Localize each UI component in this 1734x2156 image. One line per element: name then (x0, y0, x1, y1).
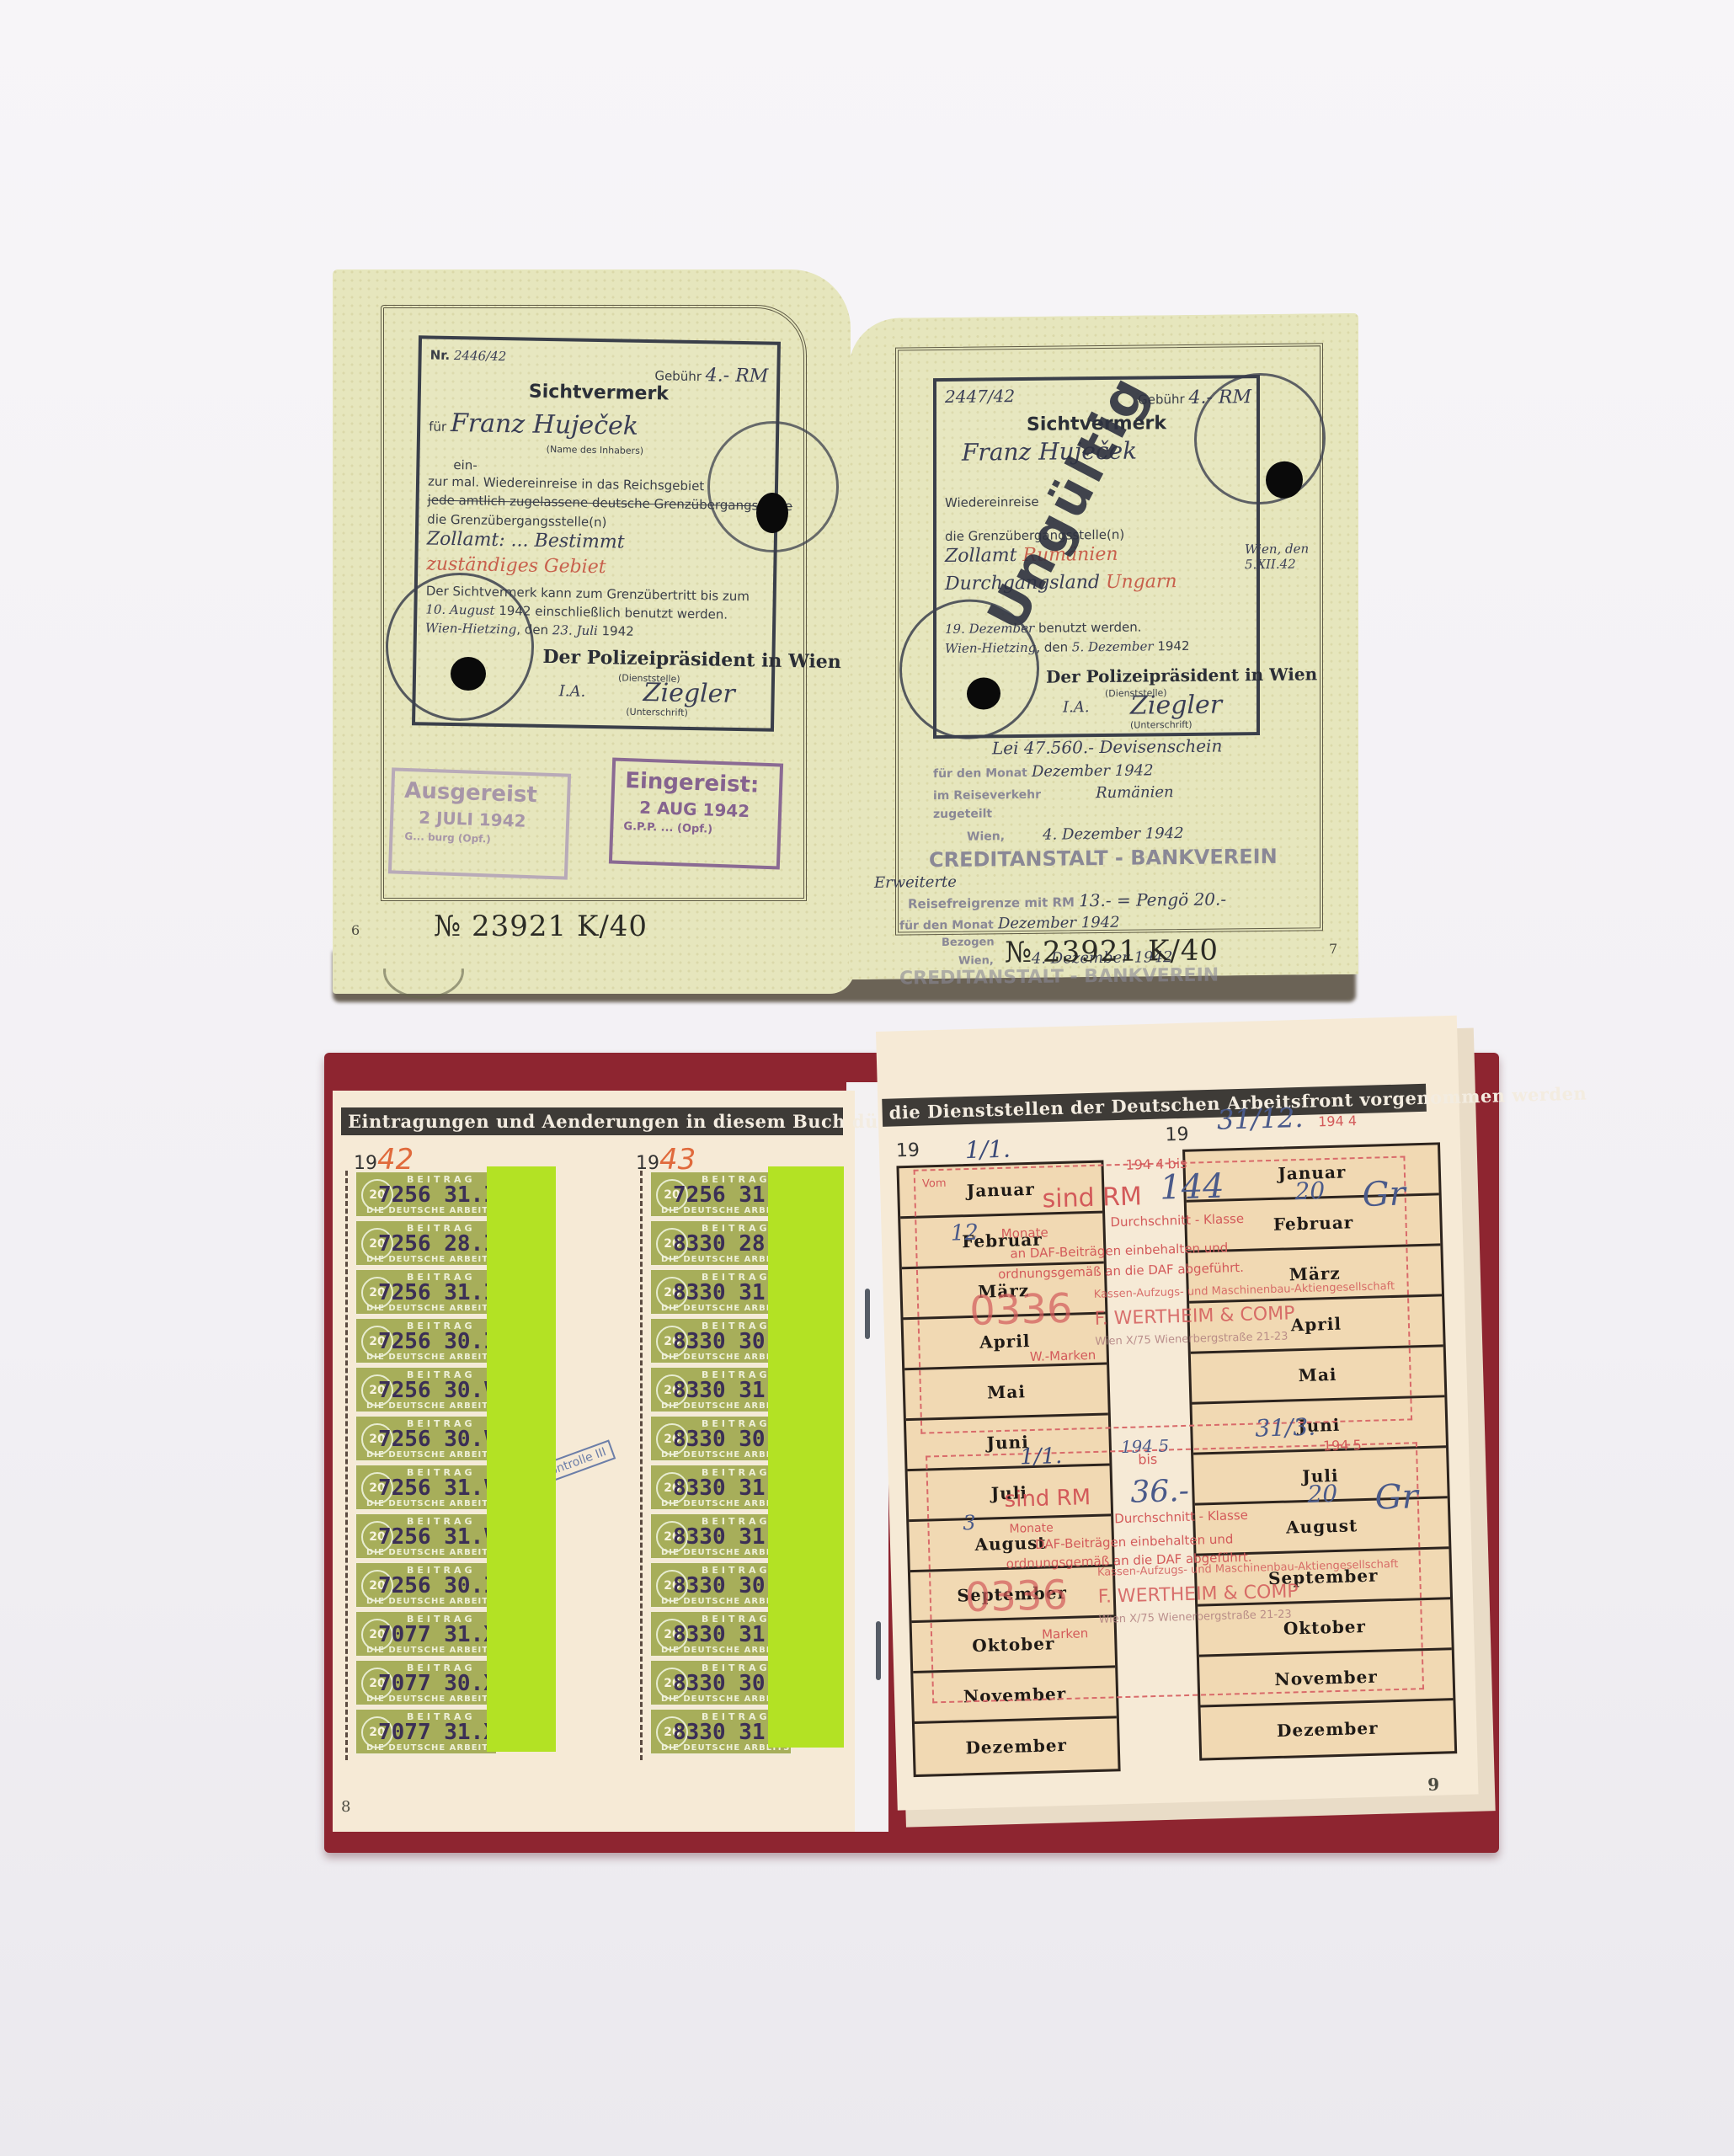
entry-text-2: ordnungsgemäß an die DAF abgeführt. (998, 1260, 1244, 1282)
valid-suffix: benutzt werden. (1038, 620, 1142, 636)
visa-number: 2447/42 (945, 386, 1015, 407)
entry-from-date: 1/1. (1020, 1444, 1063, 1470)
exit-stamp-title: Ausgereist (394, 771, 568, 808)
crossing-hand: Zollamt: ... Bestimmt (427, 528, 625, 552)
page-number: 6 (351, 922, 360, 938)
signature-caption: (Unterschrift) (1130, 719, 1192, 731)
signature: Ziegler (643, 678, 735, 709)
entry-sind-rm: sind RM (1042, 1182, 1142, 1214)
company-stamp-1: Kassen-Aufzugs- und Maschinenbau-Aktieng… (1094, 1278, 1399, 1352)
travel-limit-label: Reisefreigrenze mit RM (908, 894, 1075, 911)
month-label: Dezember (965, 1735, 1067, 1758)
passport-page-left: Nr. 2446/42 Gebühr 4.- RM Sichtvermerk f… (333, 269, 851, 969)
entry-vom: Vom (922, 1177, 947, 1191)
contribution-stamp: 20BEITRAG7077 31.XIIDIE DEUTSCHE ARBEITS… (355, 1708, 498, 1755)
contribution-stamp: 20BEITRAG7077 31.XDIE DEUTSCHE ARBEITSFR… (355, 1610, 498, 1657)
month-label: für den Monat (933, 766, 1027, 781)
entry-klasse: 20 (1294, 1177, 1326, 1205)
entry-klasse: 20 (1307, 1480, 1338, 1508)
entry-to-year: 194 5 (1323, 1437, 1362, 1454)
entry-signature: Gr (1374, 1477, 1418, 1517)
for-label: für (429, 419, 446, 435)
passport-serial: № 23921 K/40 (1005, 934, 1219, 970)
exit-stamp: Ausgereist 2 JULI 1942 G... burg (Opf.) (388, 767, 571, 879)
entry-stamp: Eingereist: 2 AUG 1942 G.P.P. ... (Opf.) (609, 757, 783, 869)
line-reentry: Wiedereinreise (945, 494, 1039, 510)
contribution-stamp: 20BEITRAG7256 28.IIDIE DEUTSCHE ARBEITSF… (355, 1219, 498, 1267)
entry-durchschnitt: Durchschnitt - Klasse (1114, 1508, 1248, 1526)
issuing-authority: Der Polizeipräsident in Wien (542, 646, 841, 673)
issue-year: 1942 (601, 623, 633, 639)
entry-sind-rm: sind RM (1004, 1485, 1091, 1513)
entry-stamp-title: Eingereist: (615, 761, 780, 799)
holder-caption: (Name des Inhabers) (547, 444, 644, 456)
extended-hand: Erweiterte (874, 873, 957, 892)
year-prefix: 19 (1165, 1124, 1189, 1146)
currency-entry: Lei 47.560.- Devisenschein (992, 736, 1222, 759)
side-note: Wien, den 5.XII.42 (1245, 541, 1321, 572)
entry-from-date: 1/1. (965, 1135, 1011, 1164)
punch-hole (451, 657, 486, 691)
travel-limit-amount: 13.- = Pengö 20.- (1079, 889, 1226, 910)
issue-year: 1942 (1157, 638, 1189, 654)
month-hand: Dezember 1942 (998, 914, 1120, 933)
travel-hand: Rumänien (1096, 783, 1174, 802)
entry-monate: Monate (1009, 1521, 1054, 1535)
place-label: Wien, (967, 830, 1005, 843)
entry-to-year: 194 4 (1318, 1113, 1357, 1129)
issue-date: 5. Dezember (1072, 638, 1154, 654)
entry-signature: Gr (1362, 1175, 1406, 1214)
entry-marken: W.-Marken (1030, 1347, 1096, 1364)
year-prefix: 19 (896, 1140, 920, 1162)
visa-number: 2446/42 (454, 348, 507, 364)
entry-amount: 144 (1160, 1167, 1225, 1208)
staple (876, 1621, 881, 1680)
eagle-seal-stamp (386, 573, 534, 721)
line-reentry: zur mal. Wiedereinreise in das Reichsgeb… (428, 474, 705, 494)
month-cell: Dezember (915, 1718, 1118, 1774)
company-stamp-2: Kassen-Aufzugs- und Maschinenbau-Aktieng… (1097, 1556, 1402, 1630)
entry-stamp-number: 0336 (969, 1285, 1074, 1335)
entry-monate: Monate (1001, 1225, 1048, 1241)
contribution-stamp: 20BEITRAG7077 30.XIDIE DEUTSCHE ARBEITSF… (355, 1659, 498, 1706)
drawn-label: Bezogen (942, 936, 995, 949)
staple (865, 1289, 870, 1339)
ia-mark: I.A. (1063, 698, 1090, 716)
stamp-cancel-number: 7256 31.I (378, 1182, 497, 1208)
entry-months: 3 (963, 1511, 976, 1534)
contribution-stamp: 20BEITRAG7256 30.VDIE DEUTSCHE ARBEITSFR… (355, 1366, 498, 1413)
valid-suffix: einschließlich benutzt werden. (535, 604, 728, 622)
entry-text-1: an DAF-Beiträgen einbehalten und (1010, 1240, 1228, 1261)
signature: Ziegler (1130, 691, 1222, 721)
page-number: 9 (1427, 1774, 1440, 1795)
contribution-stamp: 20BEITRAG7256 31.VIIIDIE DEUTSCHE ARBEIT… (355, 1513, 498, 1560)
redaction-bar (768, 1166, 844, 1748)
line-ein: ein- (453, 457, 478, 472)
line-crossing-label: die Grenzübergangsstelle(n) (427, 511, 606, 530)
daf-page-right: die Dienststellen der Deutschen Arbeitsf… (876, 1016, 1479, 1811)
bank-stamp: CREDITANSTALT - BANKVEREIN (929, 845, 1278, 872)
entry-to-date: 31/3. (1255, 1413, 1316, 1443)
contribution-stamp: 20BEITRAG7256 31.VIIDIE DEUTSCHE ARBEITS… (355, 1464, 498, 1511)
stamp-cancel-number: 7077 31.X (378, 1622, 497, 1647)
contribution-stamp: 20BEITRAG7256 31.IDIE DEUTSCHE ARBEITSFR… (355, 1171, 498, 1218)
ia-mark: I.A. (559, 682, 586, 701)
entry-bis: bis (1138, 1451, 1157, 1468)
allocated-label: zugeteilt (933, 807, 992, 821)
page-banner: Eintragungen und Aenderungen in diesem B… (341, 1107, 843, 1135)
entry-months: 12 (950, 1220, 979, 1246)
entry-to-date: 31/12. (1217, 1102, 1304, 1136)
contribution-stamp: 20BEITRAG7256 30.IXDIE DEUTSCHE ARBEITSF… (355, 1561, 498, 1609)
punch-hole (756, 493, 788, 533)
page-number: 8 (341, 1798, 350, 1816)
date-label: den (1044, 639, 1068, 654)
contribution-stamp: 20BEITRAG7256 30.VIDIE DEUTSCHE ARBEITSF… (355, 1415, 498, 1462)
fee-label: Gebühr (654, 368, 702, 384)
stamp-cancel-number: 7256 30.V (378, 1378, 497, 1403)
transit-hand-red: Ungarn (1106, 571, 1177, 593)
passport-serial: № 23921 K/40 (434, 910, 648, 943)
entry-stamp-number: 0336 (964, 1572, 1069, 1621)
month-label: für den Monat (899, 918, 994, 932)
date-hand: 4. Dezember 1942 (1043, 825, 1184, 844)
month-cell: Dezember (1201, 1700, 1455, 1758)
month-hand: Dezember 1942 (1032, 761, 1154, 781)
signature-caption: (Unterschrift) (626, 707, 688, 718)
passport-page-right: 2447/42 Gebühr 4.- RM Sichtvermerk Franz… (849, 313, 1358, 979)
month-label: Dezember (1277, 1718, 1379, 1741)
punch-hole (1266, 462, 1303, 499)
issuing-authority: Der Polizeipräsident in Wien (1046, 664, 1317, 686)
contribution-stamp: 20BEITRAG7256 31.IIIDIE DEUTSCHE ARBEITS… (355, 1268, 498, 1315)
holder-name: Franz Huječek (451, 408, 639, 441)
entry-text-1: DAF-Beiträgen einbehalten und (1035, 1531, 1234, 1552)
entry-marken: Marken (1042, 1625, 1089, 1642)
travel-label: im Reiseverkehr (933, 788, 1041, 803)
contribution-stamp: 20BEITRAG7256 30.IVDIE DEUTSCHE ARBEITSF… (355, 1317, 498, 1364)
redaction-bar (487, 1166, 556, 1752)
page-number: 7 (1329, 941, 1337, 957)
place-label: Wien, (958, 954, 994, 967)
entry-amount: 36.- (1130, 1474, 1190, 1510)
visa-number-label: Nr. (430, 348, 451, 363)
entry-from-year: 194 4 (1125, 1156, 1164, 1173)
issue-date: 23. Juli (552, 622, 598, 638)
entry-durchschnitt: Durchschnitt - Klasse (1110, 1211, 1244, 1230)
